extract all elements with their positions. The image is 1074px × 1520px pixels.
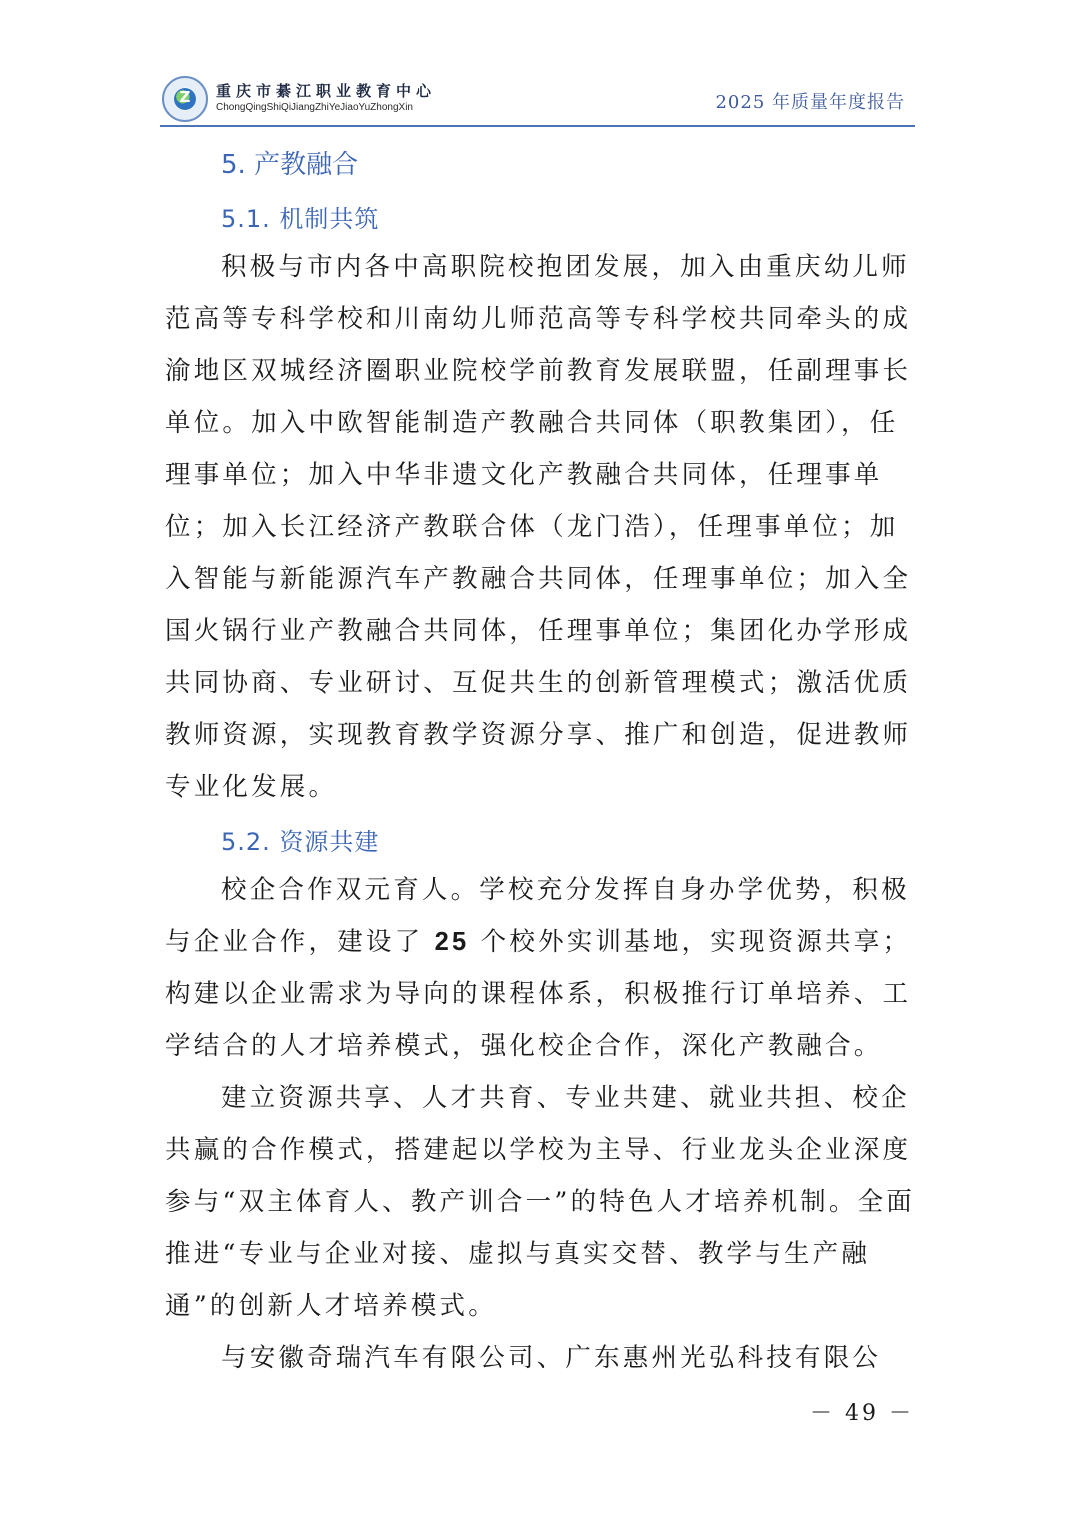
header-divider [160,125,915,127]
school-emblem-icon: Z [162,76,208,122]
page-header: Z 重庆市綦江职业教育中心 ChongQingShiQiJiangZhiYeJi… [160,74,915,126]
paragraph: 与安徽奇瑞汽车有限公司、广东惠州光弘科技有限公 [165,1332,925,1384]
subsection-5-1-body: 积极与市内各中高职院校抱团发展，加入由重庆幼儿师范高等专科学校和川南幼儿师范高等… [165,241,925,813]
section-heading: 5. 产教融合 [221,144,358,181]
paragraph: 校企合作双元育人。学校充分发挥自身办学优势，积极与企业合作，建设了 25 个校外… [165,864,925,1072]
subsection-heading-5-2: 5.2. 资源共建 [221,822,379,857]
school-name-en: ChongQingShiQiJiangZhiYeJiaoYuZhongXin [216,102,413,113]
subsection-5-2-body: 校企合作双元育人。学校充分发挥自身办学优势，积极与企业合作，建设了 25 个校外… [165,864,925,1384]
school-name-cn: 重庆市綦江职业教育中心 [216,80,436,101]
training-base-count: 25 [435,928,470,956]
report-title: 2025 年质量年度报告 [715,88,905,114]
subsection-heading-5-1: 5.1. 机制共筑 [221,199,379,234]
page-number: － 49 － [810,1396,914,1427]
paragraph: 积极与市内各中高职院校抱团发展，加入由重庆幼儿师范高等专科学校和川南幼儿师范高等… [165,241,925,813]
paragraph: 建立资源共享、人才共育、专业共建、就业共担、校企共赢的合作模式，搭建起以学校为主… [165,1072,925,1332]
